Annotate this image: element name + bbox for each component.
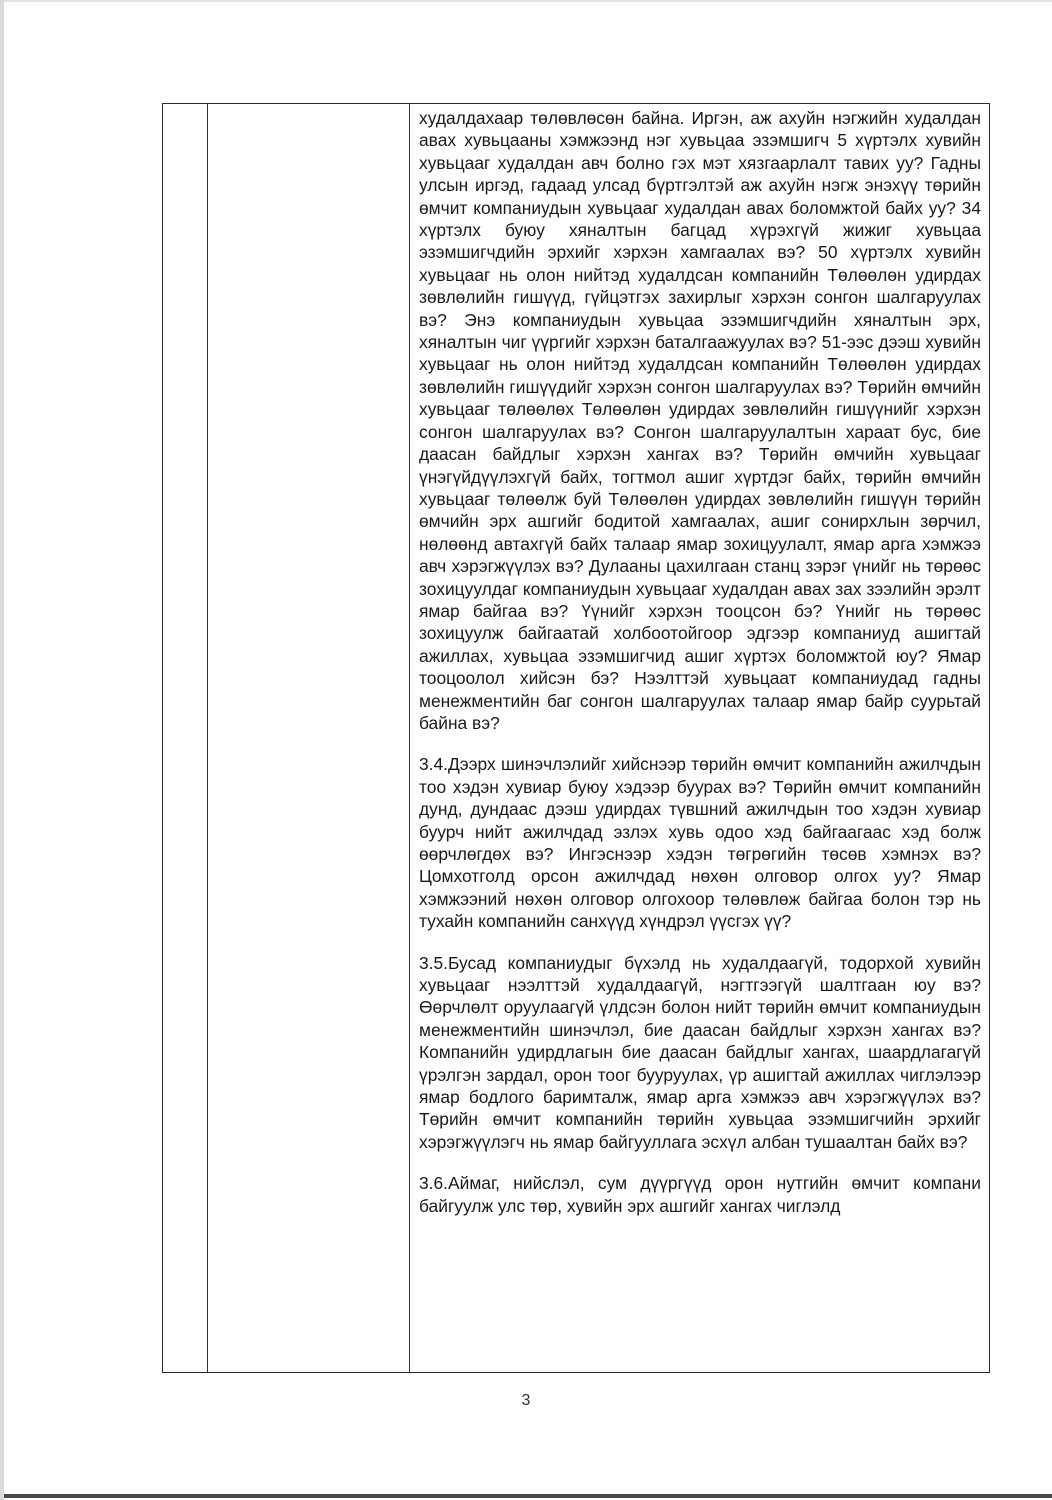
scan-top-edge — [0, 0, 1052, 2]
table-column-divider — [409, 104, 410, 1372]
scan-left-edge — [0, 0, 4, 1500]
table-text-cell: худалдахаар төлөвлөсөн байна. Иргэн, аж … — [419, 107, 981, 1217]
paragraph-3-5: 3.5.Бусад компаниудыг бүхэлд нь худалдаа… — [419, 952, 981, 1154]
paragraph-3-4: 3.4.Дээрх шинэчлэлийг хийснээр төрийн өм… — [419, 753, 981, 932]
paragraph-continuation: худалдахаар төлөвлөсөн байна. Иргэн, аж … — [419, 107, 981, 734]
document-table: худалдахаар төлөвлөсөн байна. Иргэн, аж … — [162, 103, 990, 1373]
page-number: 3 — [0, 1392, 1052, 1410]
paragraph-3-6: 3.6.Аймаг, нийслэл, сум дүүргүүд орон ну… — [419, 1172, 981, 1217]
scan-bottom-edge — [4, 1494, 1052, 1498]
table-column-divider — [207, 104, 208, 1372]
